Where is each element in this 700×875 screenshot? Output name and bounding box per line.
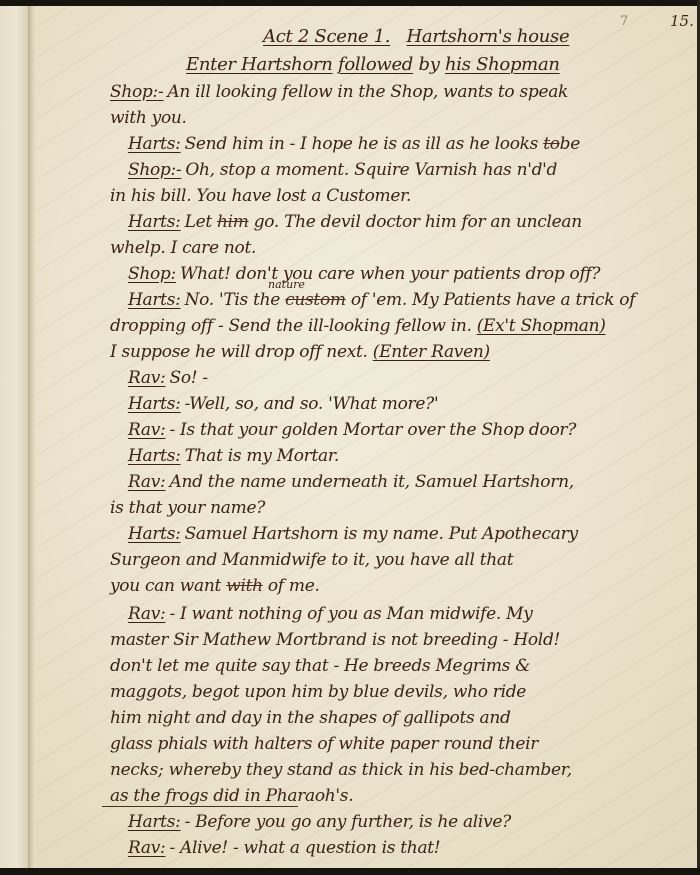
folio-number: 15. <box>670 12 694 30</box>
dialogue-line: Rav:- Alive! - what a question is that! <box>128 838 440 858</box>
line-text: you can want <box>110 576 221 596</box>
dialogue-line: don't let me quite say that - He breeds … <box>110 656 530 676</box>
pencil-mark: 7 <box>620 14 628 29</box>
line-text: So! - <box>169 368 207 388</box>
dialogue-line: Rav:And the name underneath it, Samuel H… <box>128 472 574 492</box>
speaker-label: Harts: <box>128 290 181 310</box>
speaker-label: Rav: <box>128 838 165 858</box>
dialogue-line: Rav:So! - <box>128 368 208 388</box>
dialogue-line: Shop:-Oh, stop a moment. Squire Varnish … <box>128 160 557 180</box>
dialogue-line: Harts:Let him go. The devil doctor him f… <box>128 212 582 232</box>
line-text: master Sir Mathew Mortbrand is not breed… <box>110 630 560 650</box>
speaker-label: Harts: <box>128 812 181 832</box>
dialogue-line: Rav:- I want nothing of you as Man midwi… <box>128 604 533 624</box>
dialogue-line: Harts:That is my Mortar. <box>128 446 339 466</box>
line-text: - I want nothing of you as Man midwife. … <box>169 604 532 624</box>
speaker-label: Shop:- <box>110 82 163 102</box>
line-text: with you. <box>110 108 187 128</box>
dialogue-line: with you. <box>110 108 187 128</box>
speaker-label: Shop: <box>128 264 176 284</box>
line-text: Let <box>185 212 212 232</box>
dialogue-line: master Sir Mathew Mortbrand is not breed… <box>110 630 560 650</box>
stage-direction: (Ex't Shopman) <box>477 316 606 336</box>
line-text: That is my Mortar. <box>185 446 339 466</box>
struck-word: to <box>543 134 559 154</box>
line-text: dropping off - Send the ill-looking fell… <box>110 316 472 336</box>
dialogue-line: Shop:-An ill looking fellow in the Shop,… <box>110 82 568 102</box>
dialogue-line: you can want with of me. <box>110 576 320 596</box>
speaker-label: Harts: <box>128 446 181 466</box>
dialogue-line: Harts:No. 'Tis the custom of 'em. My Pat… <box>128 290 635 310</box>
dialogue-line: Harts:Send him in - I hope he is as ill … <box>128 134 580 154</box>
scan-frame-bottom <box>0 868 700 875</box>
manuscript-page: 7 15. Act 2 Scene 1. Hartshorn's house E… <box>36 6 697 868</box>
direction-part: by <box>418 54 439 75</box>
speaker-label: Rav: <box>128 604 165 624</box>
line-text: Surgeon and Manmidwife to it, you have a… <box>110 550 513 570</box>
dialogue-line: maggots, begot upon him by blue devils, … <box>110 682 526 702</box>
dialogue-line: glass phials with halters of white paper… <box>110 734 538 754</box>
dialogue-line: in his bill. You have lost a Customer. <box>110 186 411 206</box>
speaker-label: Rav: <box>128 472 165 492</box>
line-text: I suppose he will drop off next. <box>110 342 368 362</box>
line-text: Oh, stop a moment. Squire Varnish has n'… <box>185 160 557 180</box>
line-text: of 'em. My Patients have a trick of <box>351 290 635 310</box>
struck-word: him <box>217 212 249 232</box>
speaker-label: Harts: <box>128 394 181 414</box>
struck-word: custom <box>285 290 346 310</box>
line-text: What! don't you care when your patients … <box>180 264 600 284</box>
line-text: of me. <box>268 576 320 596</box>
line-text: - Alive! - what a question is that! <box>169 838 440 858</box>
struck-word: with <box>226 576 263 596</box>
speaker-label: Rav: <box>128 420 165 440</box>
speaker-label: Harts: <box>128 212 181 232</box>
dialogue-line: Harts:-Well, so, and so. 'What more?' <box>128 394 438 414</box>
stage-direction: (Enter Raven) <box>373 342 490 362</box>
line-text: in his bill. You have lost a Customer. <box>110 186 411 206</box>
dialogue-line: Harts:Samuel Hartshorn is my name. Put A… <box>128 524 578 544</box>
line-text: is that your name? <box>110 498 265 518</box>
line-text: - Is that your golden Mortar over the Sh… <box>169 420 576 440</box>
scene-heading: Act 2 Scene 1. Hartshorn's house <box>263 26 569 47</box>
direction-part: his Shopman <box>445 54 560 75</box>
speaker-label: Harts: <box>128 134 181 154</box>
dialogue-line: as the frogs did in Pharaoh's. <box>110 786 353 806</box>
dialogue-line: Rav:- Is that your golden Mortar over th… <box>128 420 576 440</box>
dialogue-line: him night and day in the shapes of galli… <box>110 708 511 728</box>
speaker-label: Shop:- <box>128 160 181 180</box>
line-text: as the frogs did in Pharaoh's. <box>110 786 353 806</box>
line-text: -Well, so, and so. 'What more?' <box>185 394 439 414</box>
line-text: be <box>560 134 580 154</box>
page-gutter <box>28 6 36 868</box>
line-text: necks; whereby they stand as thick in hi… <box>110 760 572 780</box>
section-rule <box>102 806 298 807</box>
scene-location: Hartshorn's house <box>406 26 569 47</box>
line-text: Samuel Hartshorn is my name. Put Apothec… <box>185 524 578 544</box>
line-text: Send him in - I hope he is as ill as he … <box>185 134 539 154</box>
dialogue-line: Shop:What! don't you care when your pati… <box>128 264 600 284</box>
line-text: go. The devil doctor him for an unclean <box>254 212 582 232</box>
line-text: And the name underneath it, Samuel Harts… <box>169 472 573 492</box>
line-text: - Before you go any further, is he alive… <box>185 812 511 832</box>
dialogue-line: Surgeon and Manmidwife to it, you have a… <box>110 550 513 570</box>
speaker-label: Harts: <box>128 524 181 544</box>
line-text: No. 'Tis the <box>185 290 280 310</box>
dialogue-line: is that your name? <box>110 498 265 518</box>
dialogue-line: I suppose he will drop off next. (Enter … <box>110 342 490 362</box>
dialogue-line: whelp. I care not. <box>110 238 256 258</box>
act-scene: Act 2 Scene 1. <box>263 26 390 47</box>
line-text: don't let me quite say that - He breeds … <box>110 656 530 676</box>
dialogue-line: dropping off - Send the ill-looking fell… <box>110 316 606 336</box>
line-text: him night and day in the shapes of galli… <box>110 708 511 728</box>
direction-part: Enter Hartshorn <box>186 54 333 75</box>
dialogue-line: necks; whereby they stand as thick in hi… <box>110 760 572 780</box>
line-text: maggots, begot upon him by blue devils, … <box>110 682 526 702</box>
line-text: glass phials with halters of white paper… <box>110 734 538 754</box>
line-text: whelp. I care not. <box>110 238 256 258</box>
line-text: An ill looking fellow in the Shop, wants… <box>167 82 568 102</box>
binding-edge <box>0 6 28 868</box>
speaker-label: Rav: <box>128 368 165 388</box>
stage-direction-entrance: Enter Hartshorn followed by his Shopman <box>186 54 560 75</box>
dialogue-line: Harts:- Before you go any further, is he… <box>128 812 511 832</box>
direction-part: followed <box>338 54 413 75</box>
